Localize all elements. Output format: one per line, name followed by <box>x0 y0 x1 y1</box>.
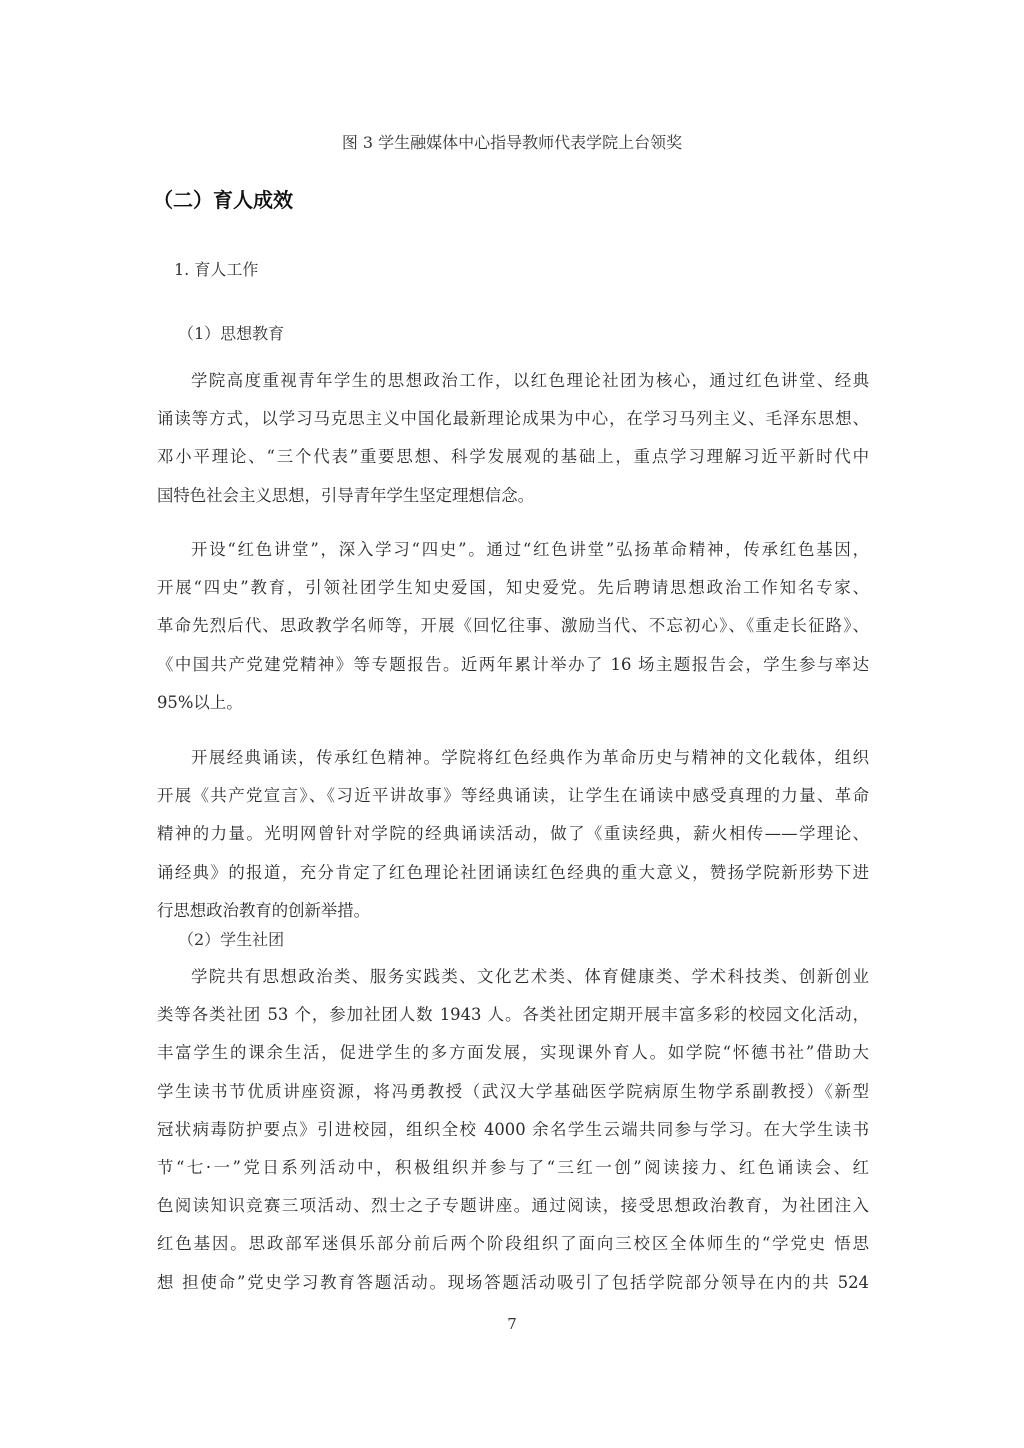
sub-heading-ideological-education: （1）思想教育 <box>178 322 284 346</box>
text-line: 革命先烈后代、思政教学名师等，开展《回忆往事、激励当代、不忘初心》、《重走长征路… <box>157 607 869 645</box>
text-line: 学院共有思想政治类、服务实践类、文化艺术类、体育健康类、学术科技类、创新创业 <box>157 958 869 996</box>
text-line: 诵经典》的报道，充分肯定了红色理论社团诵读红色经典的重大意义，赞扬学院新形势下进 <box>157 854 869 892</box>
text-line: 开展“四史”教育，引领社团学生知史爱国，知史爱党。先后聘请思想政治工作知名专家、 <box>157 569 869 607</box>
text-line: 邓小平理论、“三个代表”重要思想、科学发展观的基础上，重点学习理解习近平新时代中 <box>157 438 869 476</box>
section-heading: （二）育人成效 <box>153 185 293 215</box>
sub-heading-student-clubs: （2）学生社团 <box>178 928 284 952</box>
text-line: 诵读等方式，以学习马克思主义中国化最新理论成果为中心，在学习马列主义、毛泽东思想… <box>157 400 869 438</box>
text-line: 红色基因。思政部军迷俱乐部分前后两个阶段组织了面向三校区全体师生的“学党史 悟思 <box>157 1225 869 1263</box>
text-line: 《中国共产党建党精神》等专题报告。近两年累计举办了 16 场主题报告会，学生参与… <box>157 646 869 684</box>
paragraph: 学院高度重视青年学生的思想政治工作，以红色理论社团为核心，通过红色讲堂、经典 诵… <box>157 362 869 515</box>
text-line: 学生读书节优质讲座资源，将冯勇教授（武汉大学基础医学院病原生物学系副教授）《新型 <box>157 1073 869 1111</box>
text-line: 开设“红色讲堂”，深入学习“四史”。通过“红色讲堂”弘扬革命精神，传承红色基因， <box>157 531 869 569</box>
text-line: 开展经典诵读，传承红色精神。学院将红色经典作为革命历史与精神的文化载体，组织 <box>157 739 869 777</box>
text-line: 精神的力量。光明网曾针对学院的经典诵读活动，做了《重读经典，薪火相传——学理论、 <box>157 815 869 853</box>
text-line: 开展《共产党宣言》、《习近平讲故事》等经典诵读，让学生在诵读中感受真理的力量、革… <box>157 777 869 815</box>
text-line: 冠状病毒防护要点》引进校园，组织全校 4000 余名学生云端共同参与学习。在大学… <box>157 1111 869 1149</box>
text-line: 行思想政治教育的创新举措。 <box>157 892 869 930</box>
figure-caption: 图 3 学生融媒体中心指导教师代表学院上台领奖 <box>0 131 1024 155</box>
paragraph: 开展经典诵读，传承红色精神。学院将红色经典作为革命历史与精神的文化载体，组织 开… <box>157 739 869 930</box>
text-line: 色阅读知识竞赛三项活动、烈士之子专题讲座。通过阅读，接受思想政治教育，为社团注入 <box>157 1187 869 1225</box>
text-line: 丰富学生的课余生活，促进学生的多方面发展，实现课外育人。如学院“怀德书社”借助大 <box>157 1034 869 1072</box>
paragraph: 学院共有思想政治类、服务实践类、文化艺术类、体育健康类、学术科技类、创新创业 类… <box>157 958 869 1302</box>
subsection-heading: 1. 育人工作 <box>174 258 258 282</box>
text-line: 类等各类社团 53 个，参加社团人数 1943 人。各类社团定期开展丰富多彩的校… <box>157 996 869 1034</box>
text-line: 95%以上。 <box>157 684 869 722</box>
text-line: 国特色社会主义思想，引导青年学生坚定理想信念。 <box>157 477 869 515</box>
page-number: 7 <box>0 1314 1024 1334</box>
text-line: 节“七·一”党日系列活动中，积极组织并参与了“三红一创”阅读接力、红色诵读会、红 <box>157 1149 869 1187</box>
document-page: 图 3 学生融媒体中心指导教师代表学院上台领奖 （二）育人成效 1. 育人工作 … <box>0 0 1024 1448</box>
text-line: 学院高度重视青年学生的思想政治工作，以红色理论社团为核心，通过红色讲堂、经典 <box>157 362 869 400</box>
paragraph: 开设“红色讲堂”，深入学习“四史”。通过“红色讲堂”弘扬革命精神，传承红色基因，… <box>157 531 869 722</box>
text-line: 想 担使命”党史学习教育答题活动。现场答题活动吸引了包括学院部分领导在内的共 5… <box>157 1264 869 1302</box>
